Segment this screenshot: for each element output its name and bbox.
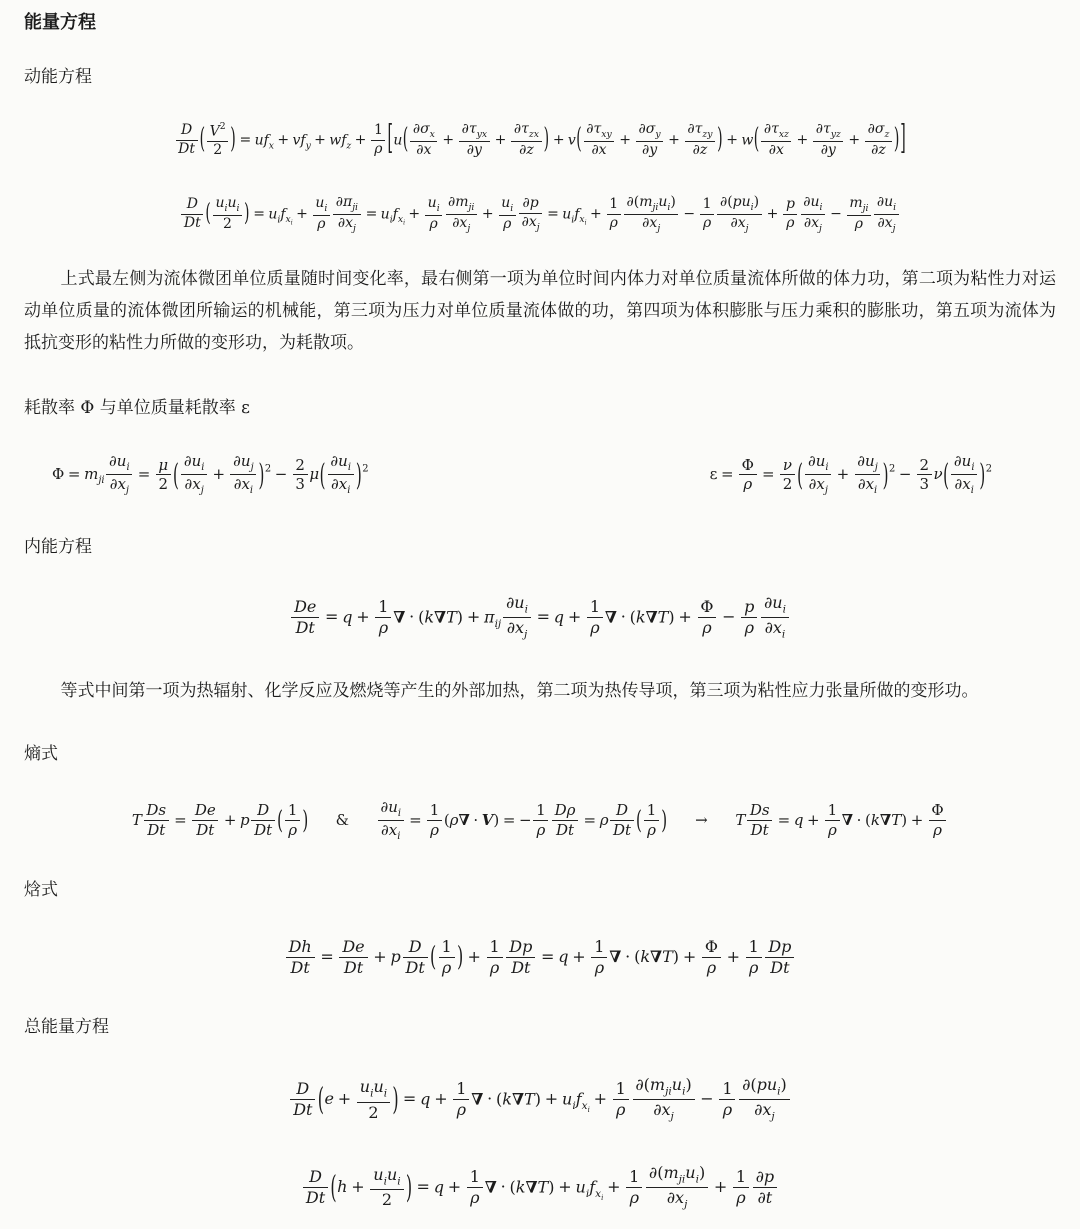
bracket-group: (∂σx∂x+∂τyx∂y+∂τzx∂z): [402, 122, 549, 159]
superscript: 2: [220, 121, 226, 132]
math-variable: ρ: [610, 215, 618, 231]
math-operator: =: [239, 132, 251, 148]
math-variable: ∂x: [731, 215, 746, 231]
math-variable: j: [524, 629, 527, 641]
math-variable: m: [650, 1075, 665, 1094]
phi-dissipation-eq: Φ=mji∂ui∂xj=μ2(∂ui∂xj+∂uj∂xi)2−23μ(∂ui∂x…: [52, 453, 369, 497]
bracket-group: (uiui2): [205, 196, 250, 233]
fraction: ∂ui∂xj: [805, 453, 831, 497]
math-operator: +: [714, 1177, 727, 1196]
math-variable: i: [291, 220, 293, 227]
superscript: 2: [889, 464, 895, 475]
math-variable: Dt: [184, 215, 201, 231]
math-variable: i: [874, 486, 877, 497]
math-variable: ρ: [379, 618, 388, 637]
open-fence: (: [797, 458, 804, 491]
fraction: 23: [293, 457, 308, 494]
math-variable: ρ: [828, 821, 837, 839]
internal-energy-eq: DeDt=q+1ρ∇·(k∇T)+πij∂ui∂xj=q+1ρ∇·(k∇T)+Φ…: [24, 594, 1056, 642]
math-variable: u: [381, 206, 390, 222]
total-energy-eq-e: DDt(e+uiui2)=q+1ρ∇·(k∇T)+uifxi+1ρ∂(mjiui…: [24, 1076, 1056, 1124]
math-variable: ρ: [503, 216, 511, 232]
subscript: i: [201, 462, 204, 473]
subscript: j: [524, 629, 527, 641]
math-symbol: 2: [223, 216, 232, 232]
math-variable: ρ: [736, 1188, 745, 1207]
subscript: ji: [665, 1085, 672, 1097]
math-symbol: 1: [736, 1167, 746, 1186]
fraction: ∂ui∂xj: [801, 195, 825, 234]
math-variable: ρ: [703, 215, 711, 231]
math-variable: u: [576, 1177, 586, 1196]
fraction: 1ρ: [427, 802, 442, 839]
math-variable: k: [640, 947, 650, 966]
fraction: DeDt: [339, 938, 367, 977]
math-variable: p: [390, 947, 400, 966]
math-variable: k: [516, 1177, 526, 1196]
math-variable: u: [501, 195, 510, 211]
subscript: i: [398, 808, 401, 819]
math-symbol: 2: [295, 456, 305, 474]
bracket-group: (∂ui∂xi): [943, 453, 986, 497]
fraction: 1ρ: [591, 938, 607, 977]
subscript: ji: [98, 475, 104, 486]
math-variable: ρ: [490, 958, 499, 977]
math-operator: +: [296, 206, 308, 222]
math-variable: ρ: [707, 958, 716, 977]
subscript: j: [819, 223, 822, 234]
math-variable: ∂u: [877, 194, 893, 210]
math-operator: +: [212, 465, 225, 483]
math-variable: u: [767, 1075, 777, 1094]
math-variable: ij: [495, 618, 502, 630]
subscript: j: [684, 1199, 687, 1211]
math-variable: ∂p: [756, 1167, 775, 1186]
math-variable: ∂m: [448, 194, 469, 210]
fraction: ∂p∂t: [753, 1168, 777, 1207]
math-variable: i: [588, 1106, 590, 1114]
subscript: i: [384, 1088, 387, 1100]
math-variable: D: [409, 937, 422, 956]
math-variable: m: [849, 195, 862, 211]
math-operator: +: [467, 607, 480, 626]
math-variable: D: [616, 801, 628, 819]
math-variable: ν: [934, 465, 943, 483]
open-fence: (: [753, 125, 759, 156]
math-symbol: Φ: [705, 937, 718, 956]
close-fence: ): [405, 1171, 412, 1204]
math-variable: j: [467, 223, 470, 234]
math-symbol: &: [336, 811, 349, 829]
subscript: i: [126, 462, 129, 473]
math-variable: j: [201, 486, 204, 497]
math-variable: w: [329, 132, 341, 148]
subscript: i: [971, 462, 974, 473]
superscript: 2: [986, 464, 992, 475]
math-operator: +: [442, 132, 454, 148]
math-symbol: Φ: [742, 456, 754, 474]
math-variable: D: [296, 1079, 309, 1098]
math-variable: ρ: [786, 215, 794, 231]
subscript: i: [437, 203, 440, 214]
math-operator: =: [584, 811, 597, 829]
bracket-group: (∂ui∂xj+∂uj∂xi): [797, 453, 889, 497]
math-operator: +: [837, 465, 850, 483]
math-variable: Dt: [291, 958, 310, 977]
math-operator: =: [320, 947, 333, 966]
math-operator: −: [899, 465, 912, 483]
math-symbol: 1: [629, 1167, 639, 1186]
subscript: i: [324, 203, 327, 214]
fraction: 1ρ: [733, 1168, 749, 1207]
math-variable: ∂τ: [816, 121, 831, 137]
open-fence: (: [173, 458, 180, 491]
subscript: j: [825, 486, 828, 497]
math-variable: Dt: [196, 821, 214, 839]
math-operator: +: [468, 947, 481, 966]
total-energy-heading: 总能量方程: [24, 1017, 1056, 1038]
fraction: DDt: [176, 123, 198, 157]
math-symbol: ): [673, 947, 679, 966]
fraction: ∂ui∂xj: [503, 594, 531, 642]
bracket-group: (1ρ): [636, 802, 668, 839]
math-variable: j: [819, 223, 822, 234]
math-variable: ρ: [630, 1188, 639, 1207]
math-variable: ji: [352, 202, 358, 213]
total-energy-eq-h: DDt(h+uiui2)=q+1ρ∇·(k∇T)+uifxi+1ρ∂(mjiui…: [24, 1164, 1056, 1212]
fraction: ∂uj∂xi: [855, 453, 881, 497]
close-fence: ): [543, 125, 549, 156]
math-variable: j: [671, 1111, 674, 1123]
math-variable: xz: [779, 129, 789, 140]
bracket-group: (V22): [199, 122, 236, 159]
math-symbol: ∇: [605, 607, 617, 626]
math-operator: =: [409, 811, 422, 829]
math-operator: −: [830, 206, 842, 222]
bracket-group: (1ρ): [277, 802, 309, 839]
math-variable: ∂σ: [413, 121, 430, 137]
math-variable: ∂x: [507, 618, 524, 637]
math-symbol: Φ: [931, 801, 943, 819]
math-variable: ∂x: [804, 215, 819, 231]
math-variable: ∂y: [642, 142, 657, 158]
math-variable: u: [428, 195, 437, 211]
math-variable: ∂τ: [462, 121, 477, 137]
math-variable: p: [786, 196, 795, 212]
fraction: pρ: [741, 598, 757, 637]
math-variable: Dt: [254, 821, 272, 839]
math-variable: T: [132, 811, 142, 829]
math-variable: m: [663, 1163, 678, 1182]
math-variable: Dt: [613, 821, 631, 839]
subscript: xi: [582, 1100, 590, 1112]
math-symbol: 1: [616, 1079, 626, 1098]
math-operator: =: [778, 811, 791, 829]
bracket-group: (∂ui∂xi): [319, 453, 362, 497]
math-variable: j: [126, 486, 129, 497]
fraction: ∂ui∂xi: [328, 453, 354, 497]
math-variable: ρ: [442, 958, 451, 977]
math-operator: =: [138, 465, 151, 483]
math-operator: =: [503, 811, 516, 829]
math-variable: ∂x: [522, 214, 537, 230]
math-variable: T: [735, 811, 745, 829]
math-variable: i: [783, 603, 786, 615]
subscript: ij: [495, 618, 502, 630]
math-variable: ∂x: [452, 215, 467, 231]
math-variable: p: [744, 597, 754, 616]
math-variable: T: [524, 1089, 535, 1108]
math-symbol: ): [493, 811, 499, 829]
math-symbol: −: [519, 811, 532, 829]
math-operator: +: [683, 947, 696, 966]
fraction: uiρ: [499, 196, 516, 233]
dissipation-eq-row: Φ=mji∂ui∂xj=μ2(∂ui∂xj+∂uj∂xi)2−23μ(∂ui∂x…: [24, 453, 1056, 497]
subscript: i: [588, 1106, 590, 1114]
math-variable: De: [294, 597, 316, 616]
close-fence: ): [244, 201, 250, 227]
open-fence: (: [199, 125, 205, 156]
math-variable: p: [757, 1075, 767, 1094]
math-variable: i: [324, 203, 327, 214]
fraction: DhDt: [286, 938, 315, 977]
fraction: 1ρ: [285, 802, 300, 839]
math-symbol: 1: [536, 801, 546, 819]
fraction: DpDt: [506, 938, 535, 977]
fraction: ν2: [780, 457, 795, 494]
subscript: i: [250, 486, 253, 497]
math-variable: i: [510, 203, 513, 214]
math-symbol: 2: [362, 464, 368, 475]
math-variable: u: [387, 1165, 397, 1184]
math-operator: +: [796, 132, 808, 148]
math-operator: =: [541, 947, 554, 966]
math-operator: =: [253, 206, 265, 222]
math-variable: ρ: [933, 821, 942, 839]
math-symbol: ): [548, 1177, 554, 1196]
math-variable: ∂u: [233, 452, 250, 470]
fraction: DDt: [303, 1168, 328, 1207]
fraction: 1ρ: [487, 938, 503, 977]
math-variable: ρ: [600, 811, 609, 829]
math-symbol: 2: [889, 464, 895, 475]
bracket-group: [u(∂σx∂x+∂τyx∂y+∂τzx∂z)+v(∂τxy∂x+∂σy∂y+∂…: [387, 122, 906, 159]
math-variable: j: [353, 223, 356, 234]
math-variable: ∂y: [467, 142, 482, 158]
fraction: ∂πji∂xj: [333, 195, 360, 234]
math-symbol: 1: [703, 196, 712, 212]
subscript: i: [782, 629, 785, 641]
math-variable: u: [562, 1089, 572, 1108]
math-variable: ρ: [590, 618, 599, 637]
math-variable: ∂u: [803, 194, 819, 210]
math-variable: j: [875, 462, 878, 473]
math-operator: +: [607, 1177, 620, 1196]
math-operator: ·: [473, 811, 478, 829]
entropy-eq: TDsDt=DeDt+pDDt(1ρ)&∂ui∂xi=1ρ(ρ∇·V)=−1ρD…: [24, 799, 1056, 843]
math-variable: i: [201, 462, 204, 473]
math-variable: ∂x: [184, 475, 200, 493]
math-operator: →: [695, 811, 708, 829]
fraction: ∂mji∂xj: [446, 195, 477, 234]
math-symbol: ∇: [485, 1177, 497, 1196]
document-page: 能量方程动能方程DDt(V22)=ufx+vfy+wfz+1ρ[u(∂σx∂x+…: [0, 0, 1080, 1229]
math-symbol: 2: [382, 1190, 392, 1209]
math-variable: Dt: [751, 821, 769, 839]
math-variable: ∂x: [331, 475, 347, 493]
math-variable: i: [971, 486, 974, 497]
math-variable: ∂: [649, 1163, 657, 1182]
math-symbol: 1: [647, 801, 657, 819]
math-variable: u: [255, 132, 264, 148]
fraction: Φρ: [702, 938, 721, 977]
math-variable: i: [525, 603, 528, 615]
math-variable: D: [187, 196, 198, 212]
math-variable: i: [397, 831, 400, 842]
math-variable: Dt: [147, 821, 165, 839]
math-operator: −: [722, 607, 735, 626]
math-operator: =: [403, 1089, 416, 1108]
math-symbol: ): [535, 1089, 541, 1108]
math-symbol: 3: [920, 475, 930, 493]
subscript: i: [291, 220, 293, 227]
fraction: DeDt: [291, 598, 319, 637]
subscript: i: [601, 1193, 603, 1201]
math-variable: ∂z: [519, 142, 534, 158]
fraction: ∂τxy∂x: [584, 122, 614, 159]
fraction: uiui2: [213, 196, 242, 233]
fraction: ∂(mjiui)∂xj: [646, 1164, 708, 1212]
math-variable: ρ: [595, 958, 604, 977]
open-fence: (: [576, 125, 582, 156]
math-variable: j: [825, 486, 828, 497]
subscript: yx: [477, 129, 487, 140]
subscript: j: [126, 486, 129, 497]
fraction: ∂(pui)∂xj: [739, 1076, 789, 1124]
math-operator: ·: [501, 1177, 506, 1196]
math-variable: ji: [98, 475, 104, 486]
math-variable: ∂x: [381, 821, 397, 839]
fraction: 1ρ: [719, 1080, 735, 1119]
subscript: j: [746, 223, 749, 234]
math-variable: ∂x: [416, 142, 431, 158]
math-variable: i: [398, 808, 401, 819]
math-symbol: ∇: [512, 1089, 524, 1108]
fraction: 1ρ: [439, 938, 455, 977]
subscript: i: [874, 486, 877, 497]
math-variable: ∂: [627, 194, 634, 210]
math-symbol: ): [670, 194, 675, 210]
bracket-group: (e+uiui2): [317, 1078, 399, 1121]
math-operator: +: [767, 206, 779, 222]
close-fence: ): [392, 1083, 399, 1116]
subscript: j: [875, 462, 878, 473]
math-variable: ∂z: [693, 142, 708, 158]
subscript: xi: [595, 1188, 603, 1200]
math-symbol: ): [754, 194, 759, 210]
math-symbol: ε: [710, 465, 718, 483]
math-symbol: 1: [828, 801, 838, 819]
math-variable: T: [891, 811, 901, 829]
fraction: ∂σx∂x: [410, 122, 437, 159]
subscript: y: [655, 129, 660, 140]
math-symbol: Φ: [700, 597, 713, 616]
subscript: i: [585, 220, 587, 227]
enthalpy-eq: DhDt=DeDt+pDDt(1ρ)+1ρDpDt=q+1ρ∇·(k∇T)+Φρ…: [24, 938, 1056, 977]
math-variable: i: [820, 202, 823, 213]
fraction: mjiρ: [847, 196, 871, 233]
math-operator: −: [275, 465, 288, 483]
math-variable: ∂τ: [514, 121, 529, 137]
math-variable: u: [685, 1163, 695, 1182]
math-symbol: ∇: [650, 947, 662, 966]
math-variable: k: [636, 607, 646, 626]
close-fence: ): [717, 125, 723, 156]
fraction: DDt: [403, 938, 428, 977]
math-variable: ∂u: [954, 452, 971, 470]
math-variable: ∂u: [506, 593, 525, 612]
subscript: ji: [352, 202, 358, 213]
math-variable: ∂u: [109, 452, 126, 470]
math-variable: q: [342, 607, 352, 626]
math-symbol: 1: [722, 1079, 732, 1098]
math-symbol: 1: [430, 801, 440, 819]
fraction: 1ρ: [825, 802, 840, 839]
math-variable: De: [342, 937, 364, 956]
math-operator: =: [68, 465, 81, 483]
math-variable: u: [373, 1077, 383, 1096]
math-variable: u: [360, 1077, 370, 1096]
fraction: ∂τzx∂z: [511, 122, 541, 159]
subscript: yz: [831, 129, 841, 140]
math-operator: =: [416, 1177, 429, 1196]
math-variable: z: [346, 140, 351, 151]
math-operator: =: [721, 465, 734, 483]
fraction: ∂σz∂z: [865, 122, 892, 159]
math-variable: ∂x: [234, 475, 250, 493]
math-symbol: ∇: [526, 1177, 538, 1196]
math-variable: Dt: [770, 958, 789, 977]
math-variable: k: [424, 607, 434, 626]
subscript: z: [884, 129, 889, 140]
subscript: j: [251, 462, 254, 473]
math-variable: ∂x: [858, 475, 874, 493]
math-variable: ρ: [317, 216, 325, 232]
math-operator: +: [572, 947, 585, 966]
math-variable: j: [893, 223, 896, 234]
fraction: ∂τxz∂x: [761, 122, 791, 159]
math-variable: ∂x: [809, 475, 825, 493]
math-variable: e: [324, 1089, 333, 1108]
bracket-group: (∂ui∂xj+∂uj∂xi): [173, 453, 265, 497]
math-variable: u: [742, 194, 751, 210]
math-variable: j: [251, 462, 254, 473]
math-symbol: Φ: [52, 465, 64, 483]
kinetic-energy-heading: 动能方程: [24, 67, 1056, 88]
math-symbol: ∇: [842, 811, 853, 829]
fraction: 1ρ: [467, 1168, 483, 1207]
close-fence: ): [355, 458, 362, 491]
math-variable: i: [348, 462, 351, 473]
math-symbol: ∇: [880, 811, 891, 829]
kinetic-energy-eq-index: DDt(uiui2)=uifxi+uiρ∂πji∂xj=uifxi+uiρ∂mj…: [24, 195, 1056, 234]
math-variable: i: [384, 1088, 387, 1100]
math-variable: ∂x: [338, 215, 353, 231]
math-symbol: ∇: [609, 947, 621, 966]
fraction: ∂τyx∂y: [459, 122, 489, 159]
math-variable: ∂x: [653, 1100, 670, 1119]
math-variable: ∂x: [667, 1188, 684, 1207]
